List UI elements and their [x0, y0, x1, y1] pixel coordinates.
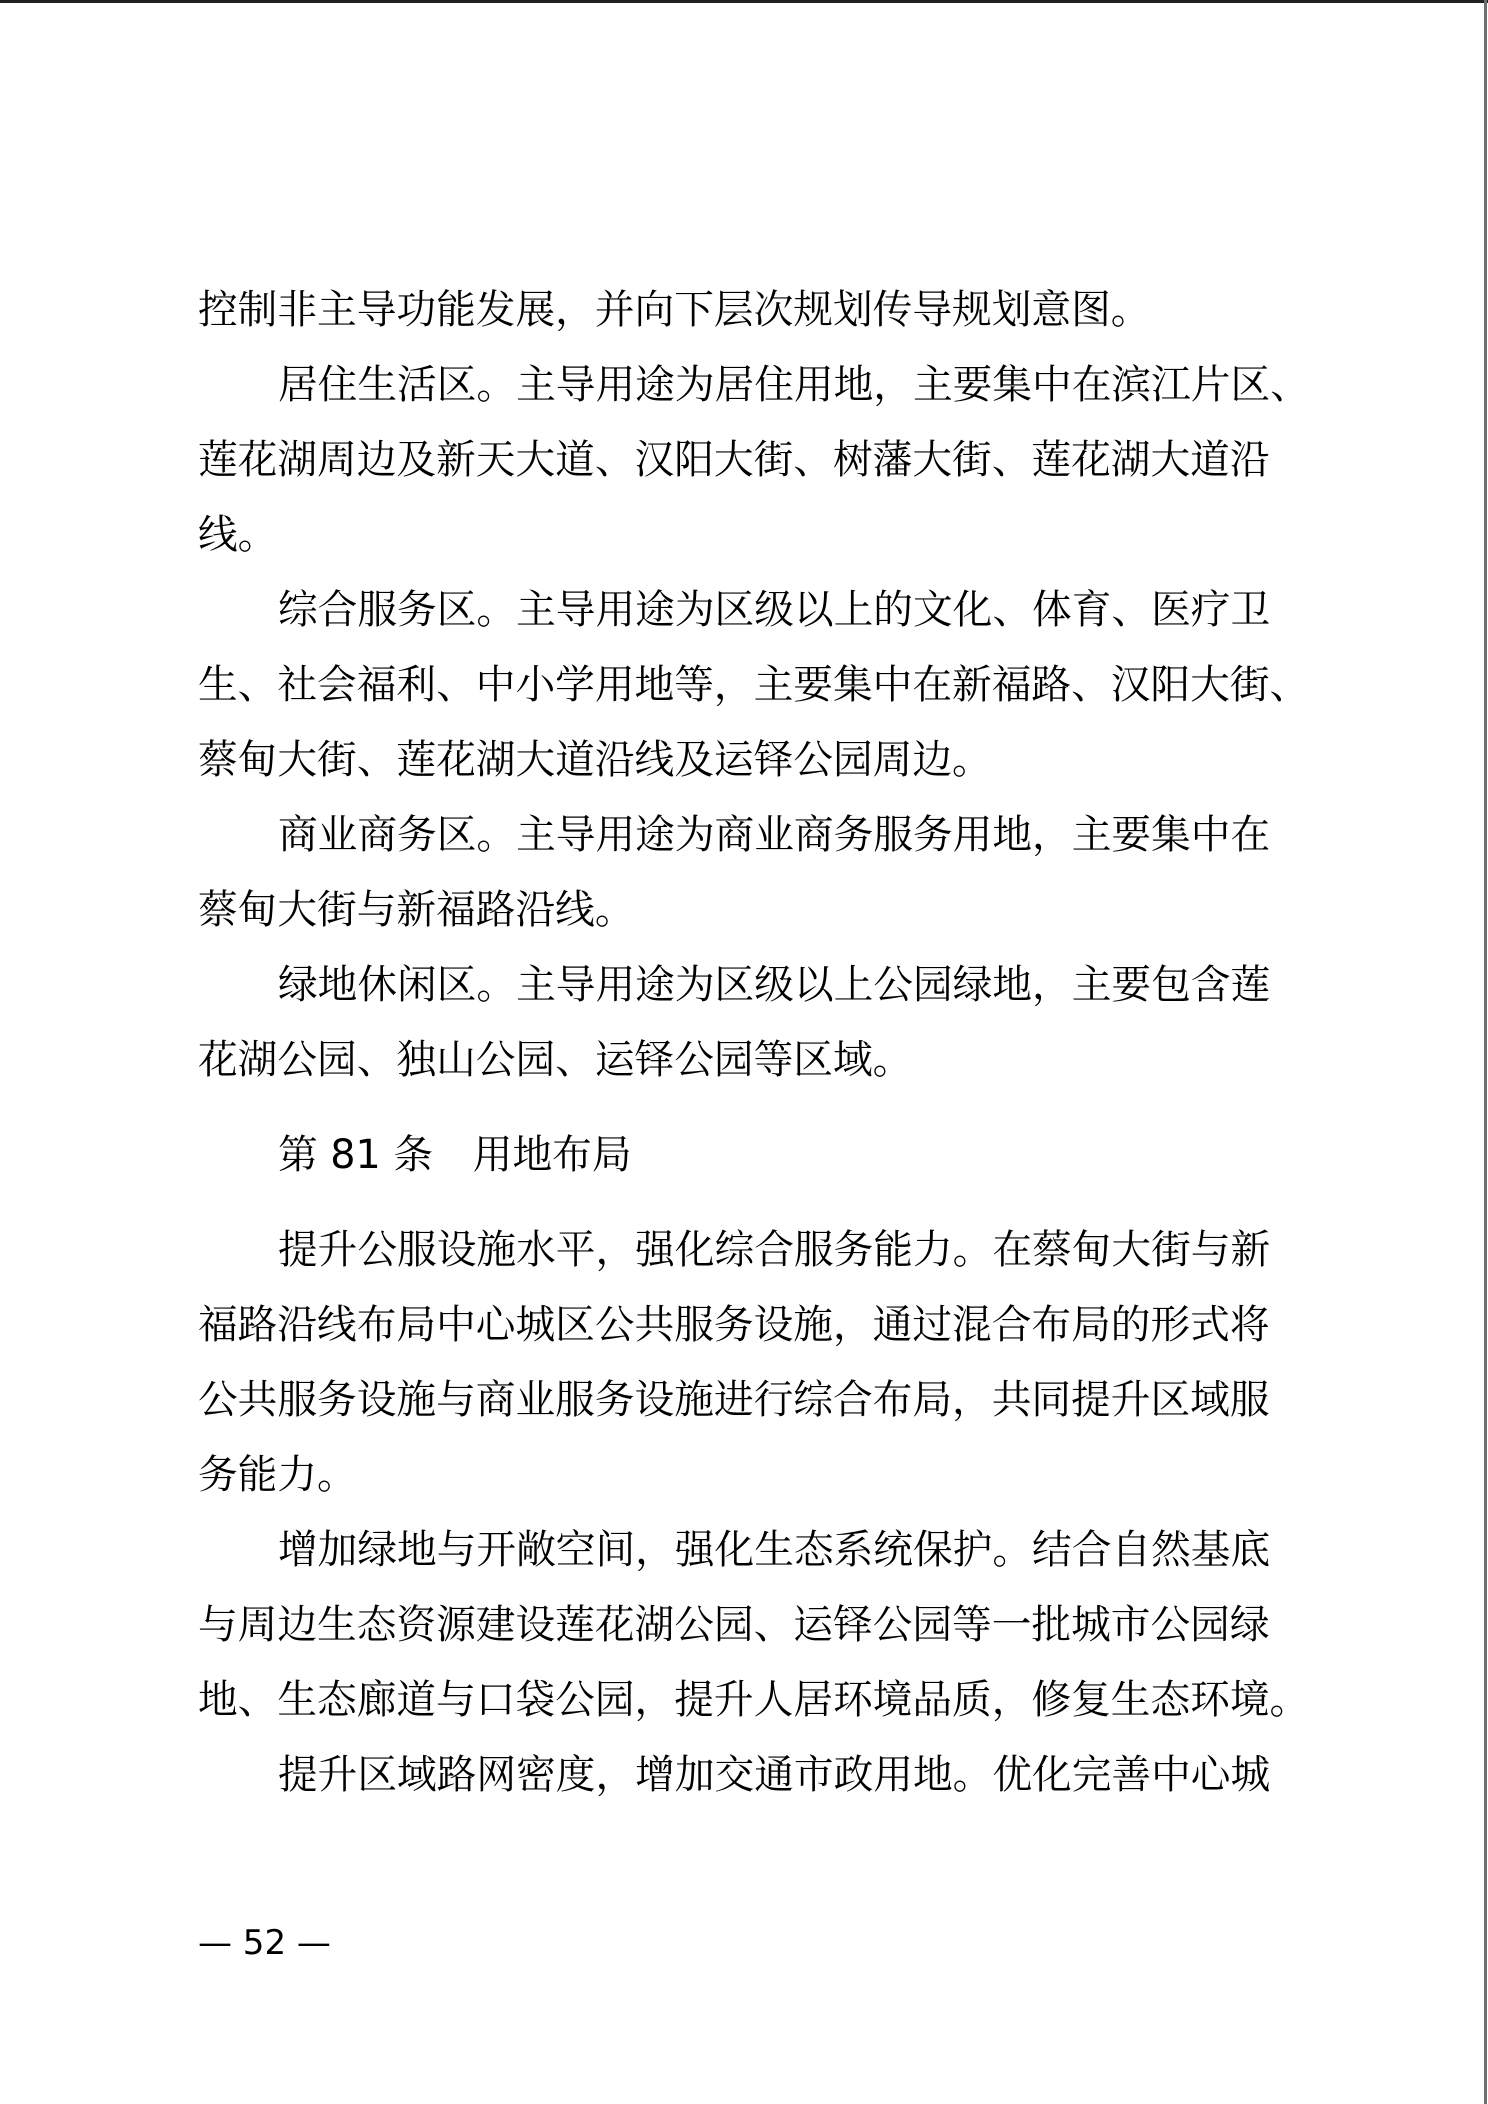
- text-line: 地、生态廊道与口袋公园，提升人居环境品质，修复生态环境。: [198, 1670, 1309, 1730]
- text-line: 生、社会福利、中小学用地等，主要集中在新福路、汉阳大街、: [198, 655, 1309, 715]
- text-line: 花湖公园、独山公园、运铎公园等区域。: [198, 1030, 912, 1090]
- text-line: 与周边生态资源建设莲花湖公园、运铎公园等一批城市公园绿: [198, 1595, 1270, 1655]
- text-line: 蔡甸大街与新福路沿线。: [198, 880, 635, 940]
- text-line: 线。: [198, 505, 277, 565]
- text-line: 务能力。: [198, 1445, 357, 1505]
- paragraph-residential-line: 居住生活区。主导用途为居住用地，主要集中在滨江片区、: [278, 355, 1310, 415]
- paragraph-road-network-line: 提升区域路网密度，增加交通市政用地。优化完善中心城: [278, 1745, 1270, 1805]
- text-line: 福路沿线布局中心城区公共服务设施，通过混合布局的形式将: [198, 1295, 1270, 1355]
- paragraph-public-service-line: 提升公服设施水平，强化综合服务能力。在蔡甸大街与新: [278, 1220, 1270, 1280]
- paragraph-service-line: 综合服务区。主导用途为区级以上的文化、体育、医疗卫: [278, 580, 1270, 640]
- paragraph-commercial-line: 商业商务区。主导用途为商业商务服务用地，主要集中在: [278, 805, 1270, 865]
- page-number: — 52 —: [198, 1913, 331, 1973]
- section-heading: 第 81 条 用地布局: [278, 1125, 632, 1185]
- paragraph-greenspace-line: 绿地休闲区。主导用途为区级以上公园绿地，主要包含莲: [278, 955, 1270, 1015]
- page-top-border: [0, 0, 1488, 3]
- text-line: 莲花湖周边及新天大道、汉阳大街、树藩大街、莲花湖大道沿: [198, 430, 1270, 490]
- text-line: 控制非主导功能发展，并向下层次规划传导规划意图。: [198, 280, 1151, 340]
- paragraph-green-open-space-line: 增加绿地与开敞空间，强化生态系统保护。结合自然基底: [278, 1520, 1270, 1580]
- page-right-border: [1484, 0, 1487, 2104]
- text-line: 蔡甸大街、莲花湖大道沿线及运铎公园周边。: [198, 730, 992, 790]
- text-line: 公共服务设施与商业服务设施进行综合布局，共同提升区域服: [198, 1370, 1270, 1430]
